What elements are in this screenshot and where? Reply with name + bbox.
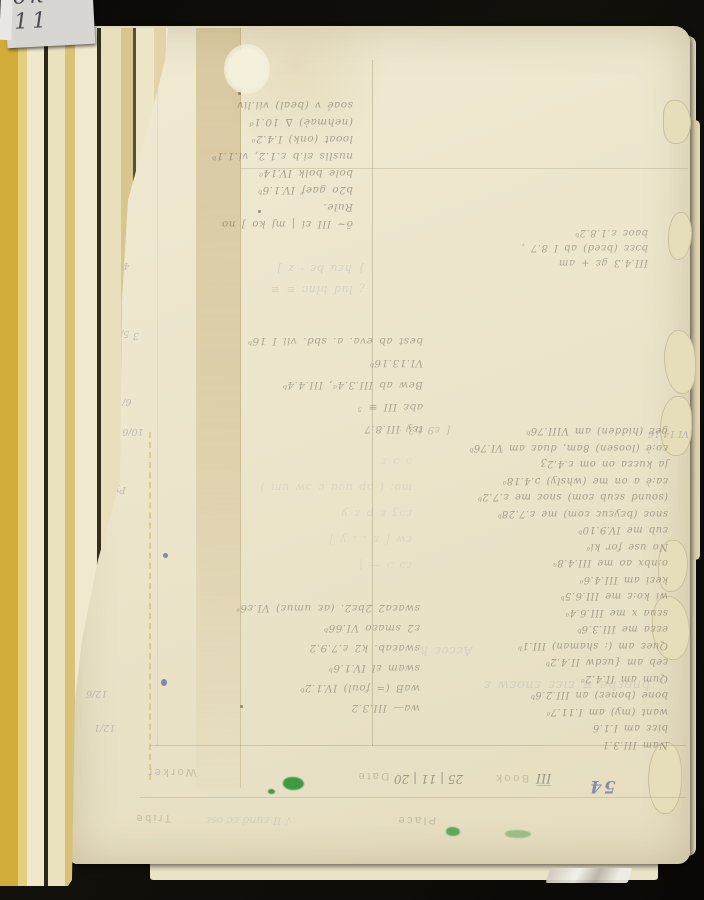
- handwriting-line: Bew ab III.3.4ᵃ, III.4.4ᵇ: [148, 374, 423, 396]
- handwriting-line: swam ɛl IV.1.6ᵇ: [148, 658, 420, 678]
- page-edge-strip: [18, 28, 27, 886]
- margin-mark: 3: [133, 330, 139, 341]
- pale-repair-blob: [224, 44, 270, 94]
- notes-top-right: III.4.3 gɛ + ambɔɛɛ (bɛed) ab I 8.7 ,bao…: [393, 222, 648, 270]
- handwriting-line: ɛa:è a on me (whsly) ɔ.4.18ᵃ: [390, 472, 668, 489]
- handwriting-line: ɛɔ ɔ — |: [152, 552, 412, 578]
- archive-label-text: ok 11: [12, 0, 95, 35]
- handwriting-line: ¿ lud blnc ≡ ≡: [150, 279, 365, 300]
- handwriting-line: wa— III.3.2: [148, 698, 420, 718]
- page-edge-strip: [0, 28, 18, 886]
- entries-right-column: Nam III.3.1biɛɛ am I.1.6want (my) am I.1…: [390, 422, 668, 752]
- handwriting-line: } hɛu bɛ · z ]: [150, 258, 365, 279]
- page-number: 54: [588, 776, 616, 796]
- notes-top-left: ŏ~ III ɛi | mj ko ] noRule.b2o gaef IV.1…: [163, 92, 353, 232]
- margin-mark: 12/6: [86, 688, 107, 699]
- handwriting-line: ɛɔʒ ɛ p ɛ y: [152, 500, 412, 526]
- notes-mid-left-ghost: ɛɔ ɔ — |ɛw [ ɛ . . y ]ɛɔʒ ɛ p ɛ ymo: ( ɔ…: [152, 448, 412, 578]
- handwriting-line: Aɛcoɛ h: [352, 642, 472, 660]
- date-value: 25 | 11 | 20: [394, 772, 463, 786]
- handwriting-line: mo: ( ɔp uou c ɔw um ): [152, 474, 412, 500]
- handwriting-line: bole bolk IV.14ᵃ: [163, 164, 353, 181]
- margin-mark: VI 14.16: [648, 428, 689, 439]
- page-edge-strip: [27, 28, 44, 886]
- handwriting-line: biɛɛ am I.1.6: [390, 719, 668, 736]
- date-label: Date: [356, 770, 389, 782]
- handwriting-line: keɛi am III.4.6ᵃ: [390, 571, 668, 588]
- handwriting-line: bɔɛɛ (bɛed) ab I 8.7 ,: [393, 240, 648, 255]
- scanned-notebook-page: ok 11 Worker Tribe Date 25 | 11 | 20 Pla…: [0, 0, 704, 900]
- footer-rule-2: [140, 797, 686, 798]
- handwriting-line: (nehmaè) ∆ 10.1ᵈ: [163, 113, 353, 130]
- handwriting-line: (sound sɛub ɛom) snoɛ me ɛ.7.2ᵇ: [390, 488, 668, 505]
- handwriting-line: ja kuɛɛa on om ɛ.4.2ʒ: [390, 455, 668, 472]
- handwriting-line: No use for kiᵃ: [390, 538, 668, 555]
- handwriting-line: snoɛ (bɛyɛuɛ ɛom) me ɛ.7.28ᵇ: [390, 505, 668, 522]
- ghost-line-bottom: bnoɛbe ≡ ɛiɛɛ ɛnoɛw ɛ: [388, 672, 650, 694]
- handwriting-line: ɛub me IV.9.10ᵇ: [390, 521, 668, 538]
- handwriting-line: swaɛa2 2bɛ2. (aɛ umuɛ) VI.ɛ6ˢ: [148, 598, 420, 618]
- handwriting-line: b2o gaef IV.1.6ᵇ: [163, 181, 353, 198]
- handwriting-line: Rule.: [163, 198, 353, 215]
- handwriting-line: nuslis ɛi.b ɛ.1.2, vi.1.1ᵇ: [163, 147, 353, 164]
- book-label: Book: [494, 772, 529, 784]
- page-edge-strip: [65, 28, 75, 886]
- handwriting-line: ɛo:è (loosen) 8am, duaɛ am VI.76ᵇ: [390, 439, 668, 456]
- margin-mark: 12/1: [94, 722, 115, 733]
- handwriting-line: looat (onk) I.4.2ᵃ: [163, 130, 353, 147]
- archive-label-tab-sliver: [0, 0, 13, 40]
- handwriting-line: bnoɛbe ≡ ɛiɛɛ ɛnoɛw ɛ: [388, 674, 650, 694]
- handwriting-line: waB (= foul) IV.1.2ᵇ: [148, 678, 420, 698]
- tape-fragment: [546, 868, 633, 883]
- handwriting-line: geɛ (hidden) am VIII.76ᵇ: [390, 422, 668, 439]
- handwriting-line: baoɛ ɛ.1.8.2ᵇ: [393, 225, 648, 240]
- worker-label: Worker: [146, 766, 196, 778]
- page-edge-strip: [48, 28, 65, 886]
- handwriting-line: soaé v (beal) vii.liv: [163, 96, 353, 113]
- torn-edge-flake: [663, 100, 691, 144]
- ghost-word: Aɛcoɛ h: [352, 640, 472, 660]
- handwriting-line: sɛua x me III.6.4ᵃ: [390, 604, 668, 621]
- handwriting-line: abɛ III ≡ ⁵: [148, 396, 423, 418]
- green-ink-speck: [268, 789, 275, 794]
- green-ink-speck: [446, 827, 460, 836]
- green-ink-smudge: [283, 777, 304, 790]
- green-ink-smear: [505, 830, 531, 838]
- place-label: Place: [396, 814, 436, 826]
- handwriting-line: o:nbx ao me III.4.8ᵃ: [390, 554, 668, 571]
- tribe-label: Tribe: [134, 812, 171, 824]
- handwriting-line: ŏ~ III ɛi | mj ko ] no: [163, 215, 353, 232]
- handwriting-line: III.4.3 gɛ + am: [393, 255, 648, 270]
- tribe-ghost-value: √ II ɛund ɛc osɛ: [205, 814, 292, 827]
- archive-label-tab: ok 11: [5, 0, 96, 48]
- handwriting-line: ɔ ɔ ɛ: [152, 448, 412, 474]
- handwriting-line: eɛɛa me III.3.6ᵇ: [390, 620, 668, 637]
- handwriting-line: ɛ2 smaɛo VI.66ᵇ: [148, 618, 420, 638]
- handwriting-line: want (my) am I.11.7ᵃ: [390, 703, 668, 720]
- handwriting-line: VI.13.16ᵇ: [148, 352, 423, 374]
- handwriting-line: wi ko:ɛ me III.6.5ᵇ: [390, 587, 668, 604]
- handwriting-line: ɛw [ ɛ . . y ]: [152, 526, 412, 552]
- handwriting-line: best ab eva. a. sbd. vii I 16ᵇ: [148, 330, 423, 352]
- handwriting-line: Nam III.3.1: [390, 736, 668, 753]
- book-value: III: [536, 770, 551, 786]
- notes-top-left-ghost: ¿ lud blnc ≡ ≡} hɛu bɛ · z ]: [150, 254, 365, 300]
- torn-edge-flake: [648, 742, 682, 814]
